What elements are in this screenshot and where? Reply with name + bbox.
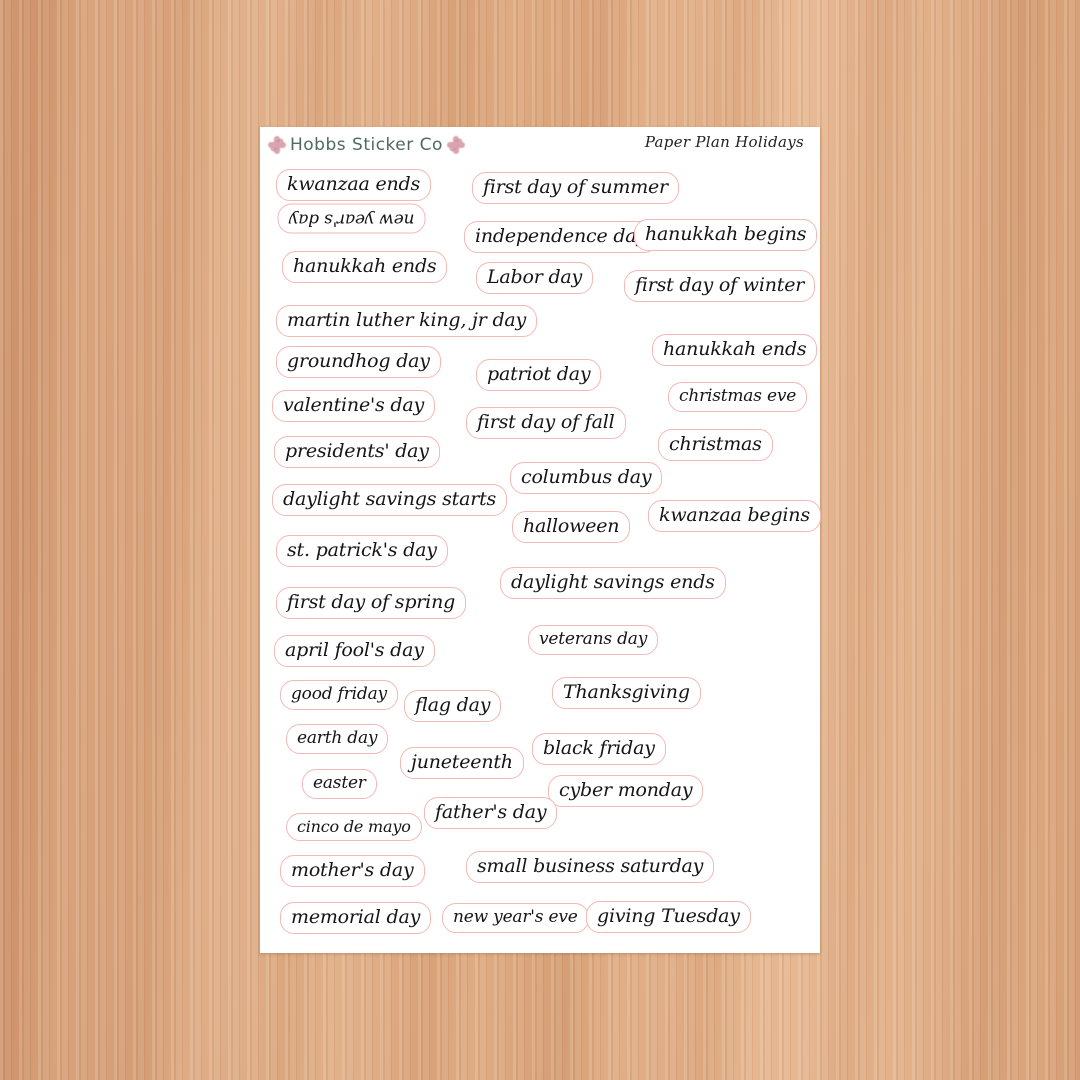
sticker-giving-tuesday: giving Tuesday (586, 901, 751, 933)
sticker-mlk-day: martin luther king, jr day (276, 305, 537, 337)
sticker-columbus-day: columbus day (510, 462, 662, 494)
sticker-veterans-day: veterans day (528, 625, 658, 655)
sticker-christmas: christmas (658, 429, 773, 461)
sticker-easter: easter (302, 769, 377, 799)
sticker-first-day-of-summer: first day of summer (472, 172, 679, 204)
sticker-daylight-savings-ends: daylight savings ends (500, 567, 726, 599)
sticker-cyber-monday: cyber monday (548, 775, 703, 807)
flower-icon (447, 136, 465, 154)
sticker-labor-day: Labor day (476, 262, 593, 294)
sticker-hanukkah-begins: hanukkah begins (634, 219, 817, 251)
sticker-new-years-eve: new year's eve (442, 903, 589, 933)
sticker-hanukkah-ends-2: hanukkah ends (652, 334, 817, 366)
sticker-kwanzaa-begins: kwanzaa begins (648, 500, 821, 532)
sticker-valentines-day: valentine's day (272, 390, 435, 422)
sticker-mothers-day: mother's day (280, 855, 425, 887)
sticker-sheet: Hobbs Sticker Co Paper Plan Holidays kwa… (260, 127, 820, 953)
sticker-independence-day: independence day (464, 221, 658, 253)
sticker-presidents-day: presidents' day (274, 436, 440, 468)
sticker-first-day-of-winter: first day of winter (624, 270, 815, 302)
sticker-groundhog-day: groundhog day (276, 346, 441, 378)
flower-icon (268, 136, 286, 154)
sheet-title: Paper Plan Holidays (645, 133, 804, 151)
sticker-patriot-day: patriot day (476, 359, 601, 391)
sticker-fathers-day: father's day (424, 797, 557, 829)
sticker-first-day-of-fall: first day of fall (466, 407, 626, 439)
sticker-april-fools-day: april fool's day (274, 635, 435, 667)
sticker-earth-day: earth day (286, 724, 388, 754)
sticker-kwanzaa-ends: kwanzaa ends (276, 169, 431, 201)
sticker-st-patricks-day: st. patrick's day (276, 535, 448, 567)
sticker-small-business-saturday: small business saturday (466, 851, 714, 883)
brand-header: Hobbs Sticker Co (268, 133, 465, 157)
sticker-new-years-day: new year's day (278, 204, 426, 234)
sticker-halloween: halloween (512, 511, 630, 543)
sticker-good-friday: good friday (280, 680, 398, 710)
sticker-first-day-of-spring: first day of spring (276, 587, 466, 619)
sticker-juneteenth: juneteenth (400, 747, 524, 779)
brand-name: Hobbs Sticker Co (290, 135, 443, 155)
sticker-memorial-day: memorial day (280, 902, 431, 934)
sticker-cinco-de-mayo: cinco de mayo (286, 813, 422, 841)
sticker-hanukkah-ends: hanukkah ends (282, 251, 447, 283)
sticker-black-friday: black friday (532, 733, 666, 765)
sticker-daylight-savings-starts: daylight savings starts (272, 484, 507, 516)
sticker-flag-day: flag day (404, 690, 501, 722)
sticker-christmas-eve: christmas eve (668, 382, 807, 412)
sticker-thanksgiving: Thanksgiving (552, 677, 701, 709)
